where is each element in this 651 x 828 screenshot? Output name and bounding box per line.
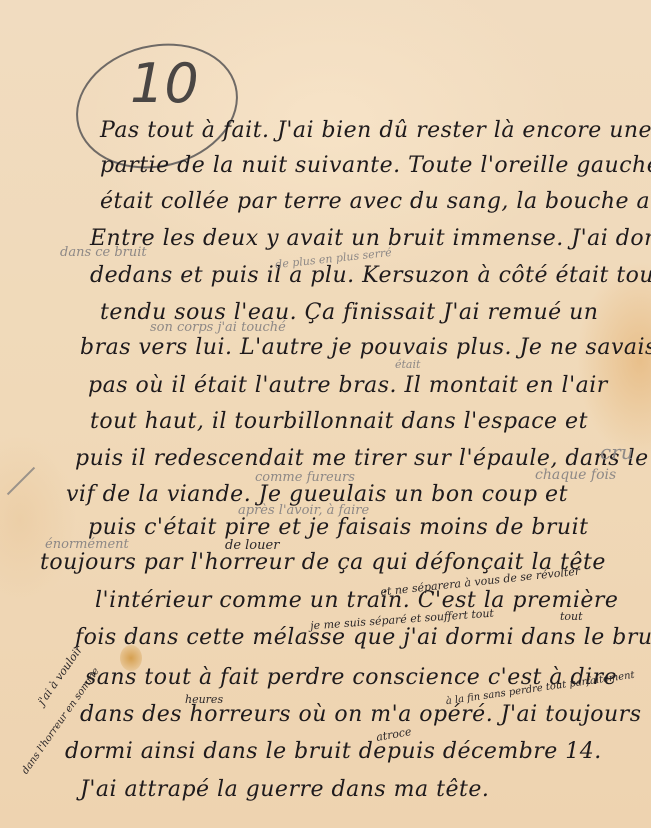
annotation: tout [560,610,583,623]
annotation: heures [185,693,223,706]
annotation: de louer [225,538,279,553]
annotation: son corps j'ai touché [150,320,286,335]
annotation: cru [600,440,634,464]
annotation: comme fureurs [255,470,355,485]
annotation: dans ce bruit [60,245,147,260]
text-line: dans des horreurs où on m'a opéré. J'ai … [80,702,642,727]
text-line: dedans et puis il a plu. Kersuzon à côté… [90,263,651,288]
folio-number: 10 [130,52,199,115]
text-line: bras vers lui. L'autre je pouvais plus. … [80,335,651,360]
annotation: après l'avoir, à faire [238,503,369,518]
annotation: était [395,358,420,371]
text-line: tout haut, il tourbillonnait dans l'espa… [90,409,588,434]
text-line: partie de la nuit suivante. Toute l'orei… [100,153,651,178]
text-line: Pas tout à fait. J'ai bien dû rester là … [100,118,651,143]
text-line: puis c'était pire et je faisais moins de… [88,515,588,540]
annotation: énormément [45,537,129,552]
manuscript-page: 10 Pas tout à fait. J'ai bien dû rester … [0,0,651,828]
pencil-mark [7,467,35,495]
text-line: l'intérieur comme un train. C'est la pre… [95,588,618,613]
text-line: fois dans cette mélasse que j'ai dormi d… [75,625,651,650]
text-line: dormi ainsi dans le bruit depuis décembr… [65,739,602,764]
text-line: pas où il était l'autre bras. Il montait… [88,373,608,398]
text-line: J'ai attrapé la guerre dans ma tête. [80,777,489,802]
text-line: était collée par terre avec du sang, la … [100,189,651,214]
annotation: chaque fois [535,467,616,483]
